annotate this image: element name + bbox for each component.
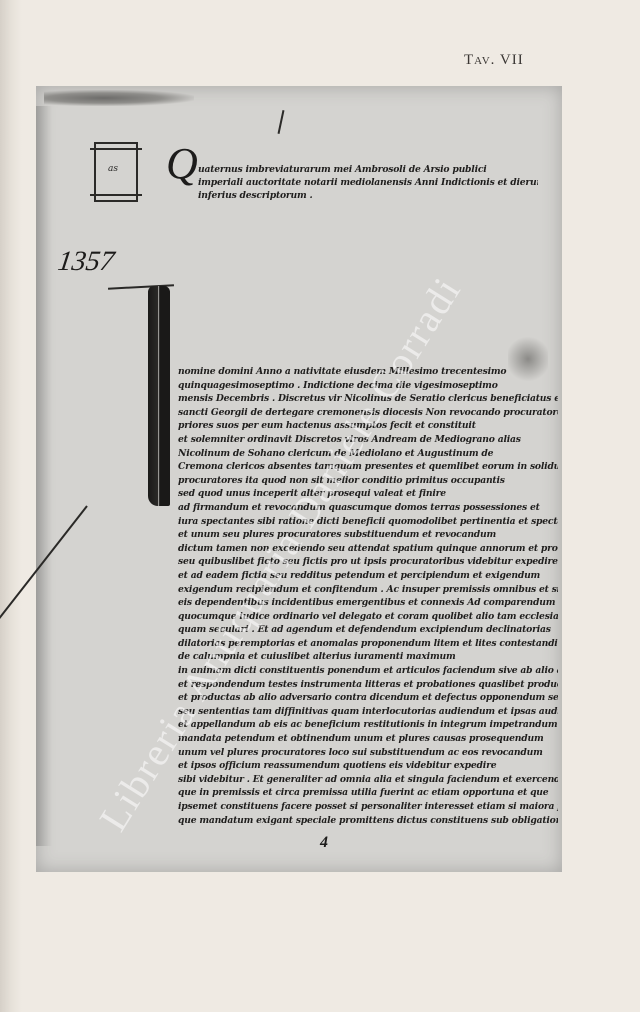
body-line: seu quibuslibet ficto seu fictis pro ut … bbox=[178, 556, 558, 570]
body-line: sancti Georgii de dertegare cremonensis … bbox=[178, 407, 558, 421]
body-line: quam seculari . Et ad agendum et defende… bbox=[178, 624, 558, 638]
body-line: et ipsos officium reassumendum quotiens … bbox=[178, 760, 558, 774]
decorated-initial-i bbox=[148, 286, 170, 506]
heading-initial-letter: Q bbox=[166, 142, 198, 186]
body-line: ad firmandum et revocandum quascumque do… bbox=[178, 502, 558, 516]
body-line: de calumpnia et cuiuslibet alterius iura… bbox=[178, 651, 558, 665]
heading-line: inferius descriptorum . bbox=[198, 190, 538, 203]
body-line: iura spectantes sibi ratione dicti benef… bbox=[178, 516, 558, 530]
body-line: eis dependentibus incidentibus emergenti… bbox=[178, 597, 558, 611]
page-edge-shadow bbox=[36, 106, 52, 846]
body-line: mandata petendum et obtinendum unum et p… bbox=[178, 733, 558, 747]
body-line: et ad eadem fictia seu redditus petendum… bbox=[178, 570, 558, 584]
body-line: sibi videbitur . Et generaliter ad omnia… bbox=[178, 774, 558, 788]
notary-signum-icon: as bbox=[94, 142, 138, 202]
notary-sign-mark: as bbox=[108, 164, 118, 174]
body-line: priores suos per eum hactenus assumptos … bbox=[178, 420, 558, 434]
plate-label: Tav. VII bbox=[464, 52, 524, 69]
body-line: Nicolinum de Sohano clericum de Mediolan… bbox=[178, 448, 558, 462]
body-line: et productas ab alio adversario contra d… bbox=[178, 692, 558, 706]
body-line: et unum seu plures procuratores substitu… bbox=[178, 529, 558, 543]
body-line: que in premissis et circa premissa utili… bbox=[178, 787, 558, 801]
body-line: exigendum recipiendum et confitendum . A… bbox=[178, 584, 558, 598]
body-line: que mandatum exigant speciale promittens… bbox=[178, 815, 558, 829]
body-line: quinquagesimoseptimo . Indictione decima… bbox=[178, 380, 558, 394]
body-line: dictum tamen non excedendo seu attendat … bbox=[178, 543, 558, 557]
body-line: ipsemet constituens facere posset si per… bbox=[178, 801, 558, 815]
manuscript-body: nomine domini Anno a nativitate eiusdem … bbox=[178, 366, 558, 828]
manuscript-heading: uaternus imbreviaturarum mei Ambrosoli d… bbox=[198, 164, 538, 202]
body-line: sed quod unus inceperit alter prosequi v… bbox=[178, 488, 558, 502]
ink-stain-top bbox=[44, 90, 194, 106]
manuscript-facsimile: as Q uaternus imbreviaturarum mei Ambros… bbox=[36, 86, 562, 872]
body-line: seu sententias tam diffinitivas quam int… bbox=[178, 706, 558, 720]
body-line: dilatorias peremptorias et anomalas prop… bbox=[178, 638, 558, 652]
body-line: quocumque iudice ordinario vel delegato … bbox=[178, 611, 558, 625]
heading-line: uaternus imbreviaturarum mei Ambrosoli d… bbox=[198, 164, 538, 177]
folio-number: 4 bbox=[320, 834, 328, 852]
heading-line: imperiali auctoritate notarii mediolanen… bbox=[198, 177, 538, 190]
year-annotation: 1357 bbox=[56, 246, 116, 278]
body-line: nomine domini Anno a nativitate eiusdem … bbox=[178, 366, 558, 380]
book-spine-shadow bbox=[0, 0, 22, 1012]
body-line: mensis Decembris . Discretus vir Nicolin… bbox=[178, 393, 558, 407]
body-line: unum vel plures procuratores loco sui su… bbox=[178, 747, 558, 761]
body-line: et respondendum testes instrumenta litte… bbox=[178, 679, 558, 693]
body-line: procuratores ita quod non sit melior con… bbox=[178, 475, 558, 489]
body-line: Cremona clericos absentes tamquam presen… bbox=[178, 461, 558, 475]
margin-tick-mark bbox=[278, 110, 285, 134]
body-line: et appellandum ab eis ac beneficium rest… bbox=[178, 719, 558, 733]
body-line: et solemniter ordinavit Discretos viros … bbox=[178, 434, 558, 448]
body-line: in animam dicti constituentis ponendum e… bbox=[178, 665, 558, 679]
